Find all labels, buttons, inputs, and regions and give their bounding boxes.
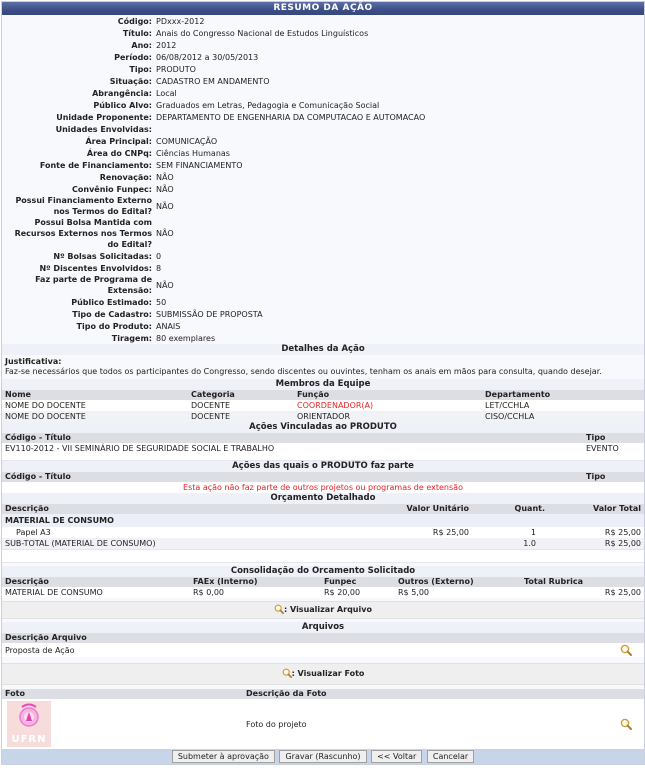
field-label: Possui Financiamento Externo nos Termos …: [2, 195, 154, 217]
member-category: DOCENTE: [188, 411, 294, 422]
voltar-button[interactable]: << Voltar: [371, 750, 422, 763]
field-row: Possui Financiamento Externo nos Termos …: [2, 195, 644, 217]
submeter-button[interactable]: Submeter à aprovação: [172, 750, 275, 763]
field-value: NÃO: [154, 217, 644, 250]
field-row: Unidade Proponente:DEPARTAMENTO DE ENGEN…: [2, 111, 644, 123]
field-row: Tiragem:80 exemplares: [2, 332, 644, 344]
field-row: Situação:CADASTRO EM ANDAMENTO: [2, 75, 644, 87]
field-label: Área do CNPq:: [2, 147, 154, 159]
member-role: ORIENTADOR: [294, 411, 482, 422]
panel-title: RESUMO DA AÇÃO: [2, 2, 644, 15]
item-total: R$ 25,00: [548, 527, 644, 538]
field-value: SEM FINANCIAMENTO: [154, 159, 644, 171]
field-row: Título:Anais do Congresso Nacional de Es…: [2, 27, 644, 39]
vinculadas-table: Código - Título Tipo EV110-2012 - VII SE…: [2, 433, 644, 454]
arquivos-title: Arquivos: [2, 622, 644, 633]
field-label: Tipo de Cadastro:: [2, 308, 154, 320]
field-label: Unidades Envolvidas:: [2, 123, 154, 135]
field-value: SUBMISSÃO DE PROPOSTA: [154, 308, 644, 320]
summary-fields: Código:PDxxx-2012Título:Anais do Congres…: [2, 15, 644, 344]
arquivo-descricao: Proposta de Ação: [2, 643, 608, 657]
field-row: Público Estimado:50: [2, 296, 644, 308]
field-row: Possui Bolsa Mantida com Recursos Extern…: [2, 217, 644, 250]
legend-text: : Visualizar Foto: [292, 669, 365, 678]
membros-table: Nome Categoria Função Departamento NOME …: [2, 390, 644, 422]
field-label: Convênio Funpec:: [2, 183, 154, 195]
subtotal-quant: 1.0: [472, 538, 548, 549]
col-descricao-arquivo: Descrição Arquivo: [2, 633, 644, 643]
col-valor-total: Valor Total: [548, 504, 644, 514]
col-tipo: Tipo: [583, 472, 644, 482]
logo-text: UFRN: [7, 734, 51, 745]
field-value: Local: [154, 87, 644, 99]
field-label: Tipo do Produto:: [2, 320, 154, 332]
field-label: Tiragem:: [2, 332, 154, 344]
form-actions: Submeter à aprovação Gravar (Rascunho) <…: [2, 749, 644, 764]
col-categoria: Categoria: [188, 390, 294, 400]
faz-parte-title: Ações das quais o PRODUTO faz parte: [2, 461, 644, 472]
justificativa: Justificativa: Faz-se necessários que to…: [2, 355, 644, 379]
col-quant: Quant.: [472, 504, 548, 514]
col-codigo-titulo: Código - Título: [2, 472, 583, 482]
field-value: CADASTRO EM ANDAMENTO: [154, 75, 644, 87]
col-departamento: Departamento: [482, 390, 644, 400]
cons-total: R$ 25,00: [521, 587, 644, 598]
field-value: ANAIS: [154, 320, 644, 332]
field-value: NÃO: [154, 171, 644, 183]
field-row: Convênio Funpec:NÃO: [2, 183, 644, 195]
member-name: NOME DO DOCENTE: [2, 400, 188, 411]
cons-descricao: MATERIAL DE CONSUMO: [2, 587, 190, 598]
col-foto: Foto: [2, 689, 243, 699]
col-faex: FAEx (Interno): [190, 577, 321, 587]
col-total-rubrica: Total Rubrica: [521, 577, 644, 587]
item-unitario: R$ 25,00: [366, 527, 472, 538]
field-label: Abrangência:: [2, 87, 154, 99]
view-photo-icon[interactable]: [620, 718, 632, 730]
field-label: Unidade Proponente:: [2, 111, 154, 123]
field-value: DEPARTAMENTO DE ENGENHARIA DA COMPUTACAO…: [154, 111, 644, 123]
field-value: NÃO: [154, 274, 644, 296]
field-value: 50: [154, 296, 644, 308]
field-value: 0: [154, 250, 644, 262]
fotos-table: Foto Descrição da Foto UFRN Foto do proj…: [2, 689, 644, 749]
field-value: Graduados em Letras, Pedagogia e Comunic…: [154, 99, 644, 111]
subtotal-total: R$ 25,00: [548, 538, 644, 549]
member-department: CISO/CCHLA: [482, 411, 644, 422]
item-descricao: Papel A3: [2, 527, 366, 538]
ufrn-logo: UFRN: [7, 701, 51, 747]
field-row: Código:PDxxx-2012: [2, 15, 644, 27]
empty-message: Esta ação não faz parte de outros projet…: [2, 482, 644, 493]
field-row: Tipo do Produto:ANAIS: [2, 320, 644, 332]
item-quant: 1: [472, 527, 548, 538]
col-funpec: Funpec: [321, 577, 395, 587]
faz-parte-table: Código - Título Tipo Esta ação não faz p…: [2, 472, 644, 493]
vinculadas-title: Ações Vinculadas ao PRODUTO: [2, 422, 644, 433]
member-name: NOME DO DOCENTE: [2, 411, 188, 422]
field-value: 8: [154, 262, 644, 274]
field-row: Faz parte de Programa de Extensão:NÃO: [2, 274, 644, 296]
field-value: Anais do Congresso Nacional de Estudos L…: [154, 27, 644, 39]
member-role: COORDENADOR(A): [294, 400, 482, 411]
table-row: EV110-2012 - VII SEMINÁRIO DE SEGURIDADE…: [2, 443, 644, 454]
field-label: Renovação:: [2, 171, 154, 183]
view-file-icon[interactable]: [620, 644, 632, 656]
subtotal-descricao: SUB-TOTAL (MATERIAL DE CONSUMO): [2, 538, 366, 549]
field-label: Possui Bolsa Mantida com Recursos Extern…: [2, 217, 154, 250]
field-label: Público Estimado:: [2, 296, 154, 308]
magnifier-icon: [282, 668, 292, 678]
col-valor-unitario: Valor Unitário: [366, 504, 472, 514]
col-tipo: Tipo: [583, 433, 644, 443]
foto-descricao: Foto do projeto: [243, 699, 608, 749]
cancelar-button[interactable]: Cancelar: [427, 750, 474, 763]
budget-group: MATERIAL DE CONSUMO: [2, 514, 644, 527]
field-label: Área Principal:: [2, 135, 154, 147]
field-value: NÃO: [154, 195, 644, 217]
field-row: Fonte de Financiamento:SEM FINANCIAMENTO: [2, 159, 644, 171]
field-row: Renovação:NÃO: [2, 171, 644, 183]
field-row: Período:06/08/2012 a 30/05/2013: [2, 51, 644, 63]
field-value: [154, 123, 644, 135]
field-label: Período:: [2, 51, 154, 63]
field-row: Área do CNPq:Ciências Humanas: [2, 147, 644, 159]
field-label: Nº Bolsas Solicitadas:: [2, 250, 154, 262]
field-value: 80 exemplares: [154, 332, 644, 344]
field-label: Situação:: [2, 75, 154, 87]
field-row: Tipo de Cadastro:SUBMISSÃO DE PROPOSTA: [2, 308, 644, 320]
visualizar-foto-legend: : Visualizar Foto: [2, 663, 644, 685]
table-row: Papel A3 R$ 25,00 1 R$ 25,00: [2, 527, 644, 538]
field-label: Tipo:: [2, 63, 154, 75]
field-label: Código:: [2, 15, 154, 27]
field-row: Nº Bolsas Solicitadas:0: [2, 250, 644, 262]
field-label: Nº Discentes Envolvidos:: [2, 262, 154, 274]
crest-icon: [7, 701, 51, 731]
table-row: Proposta de Ação: [2, 643, 644, 657]
resumo-panel: RESUMO DA AÇÃO Código:PDxxx-2012Título:A…: [1, 1, 645, 765]
field-row: Público Alvo:Graduados em Letras, Pedago…: [2, 99, 644, 111]
col-descricao: Descrição: [2, 504, 366, 514]
table-row: UFRN Foto do projeto: [2, 699, 644, 749]
member-department: LET/CCHLA: [482, 400, 644, 411]
field-label: Público Alvo:: [2, 99, 154, 111]
field-value: Ciências Humanas: [154, 147, 644, 159]
col-nome: Nome: [2, 390, 188, 400]
field-row: Nº Discentes Envolvidos:8: [2, 262, 644, 274]
field-row: Ano:2012: [2, 39, 644, 51]
orcamento-table: Descrição Valor Unitário Quant. Valor To…: [2, 504, 644, 549]
acao-tipo: EVENTO: [583, 443, 644, 454]
field-value: 2012: [154, 39, 644, 51]
justificativa-text: Faz-se necessários que todos os particip…: [5, 367, 602, 376]
field-label: Fonte de Financiamento:: [2, 159, 154, 171]
magnifier-icon: [274, 604, 284, 614]
membros-title: Membros da Equipe: [2, 379, 644, 390]
col-descricao: Descrição: [2, 577, 190, 587]
col-funcao: Função: [294, 390, 482, 400]
detalhes-title: Detalhes da Ação: [2, 344, 644, 355]
consolidacao-title: Consolidação do Orcamento Solicitado: [2, 566, 644, 577]
field-value: 06/08/2012 a 30/05/2013: [154, 51, 644, 63]
consolidacao-table: Descrição FAEx (Interno) Funpec Outros (…: [2, 577, 644, 598]
legend-text: : Visualizar Arquivo: [284, 605, 372, 614]
cons-outros: R$ 5,00: [395, 587, 521, 598]
table-row: MATERIAL DE CONSUMO R$ 0,00 R$ 20,00 R$ …: [2, 587, 644, 598]
cons-faex: R$ 0,00: [190, 587, 321, 598]
field-label: Faz parte de Programa de Extensão:: [2, 274, 154, 296]
field-value: PRODUTO: [154, 63, 644, 75]
field-row: Unidades Envolvidas:: [2, 123, 644, 135]
field-value: PDxxx-2012: [154, 15, 644, 27]
table-row: NOME DO DOCENTE DOCENTE ORIENTADOR CISO/…: [2, 411, 644, 422]
field-row: Abrangência:Local: [2, 87, 644, 99]
justificativa-label: Justificativa:: [5, 357, 641, 367]
member-category: DOCENTE: [188, 400, 294, 411]
field-label: Título:: [2, 27, 154, 39]
gravar-rascunho-button[interactable]: Gravar (Rascunho): [279, 750, 366, 763]
table-row: SUB-TOTAL (MATERIAL DE CONSUMO) 1.0 R$ 2…: [2, 538, 644, 549]
field-row: Área Principal:COMUNICAÇÃO: [2, 135, 644, 147]
visualizar-arquivo-legend: : Visualizar Arquivo: [2, 601, 644, 619]
field-label: Ano:: [2, 39, 154, 51]
field-value: COMUNICAÇÃO: [154, 135, 644, 147]
acao-titulo: EV110-2012 - VII SEMINÁRIO DE SEGURIDADE…: [2, 443, 583, 454]
table-row: NOME DO DOCENTE DOCENTE COORDENADOR(A) L…: [2, 400, 644, 411]
field-row: Tipo:PRODUTO: [2, 63, 644, 75]
orcamento-title: Orçamento Detalhado: [2, 493, 644, 504]
col-outros: Outros (Externo): [395, 577, 521, 587]
arquivos-table: Descrição Arquivo Proposta de Ação: [2, 633, 644, 657]
field-value: NÃO: [154, 183, 644, 195]
col-codigo-titulo: Código - Título: [2, 433, 583, 443]
col-descricao-foto: Descrição da Foto: [243, 689, 644, 699]
cons-funpec: R$ 20,00: [321, 587, 395, 598]
